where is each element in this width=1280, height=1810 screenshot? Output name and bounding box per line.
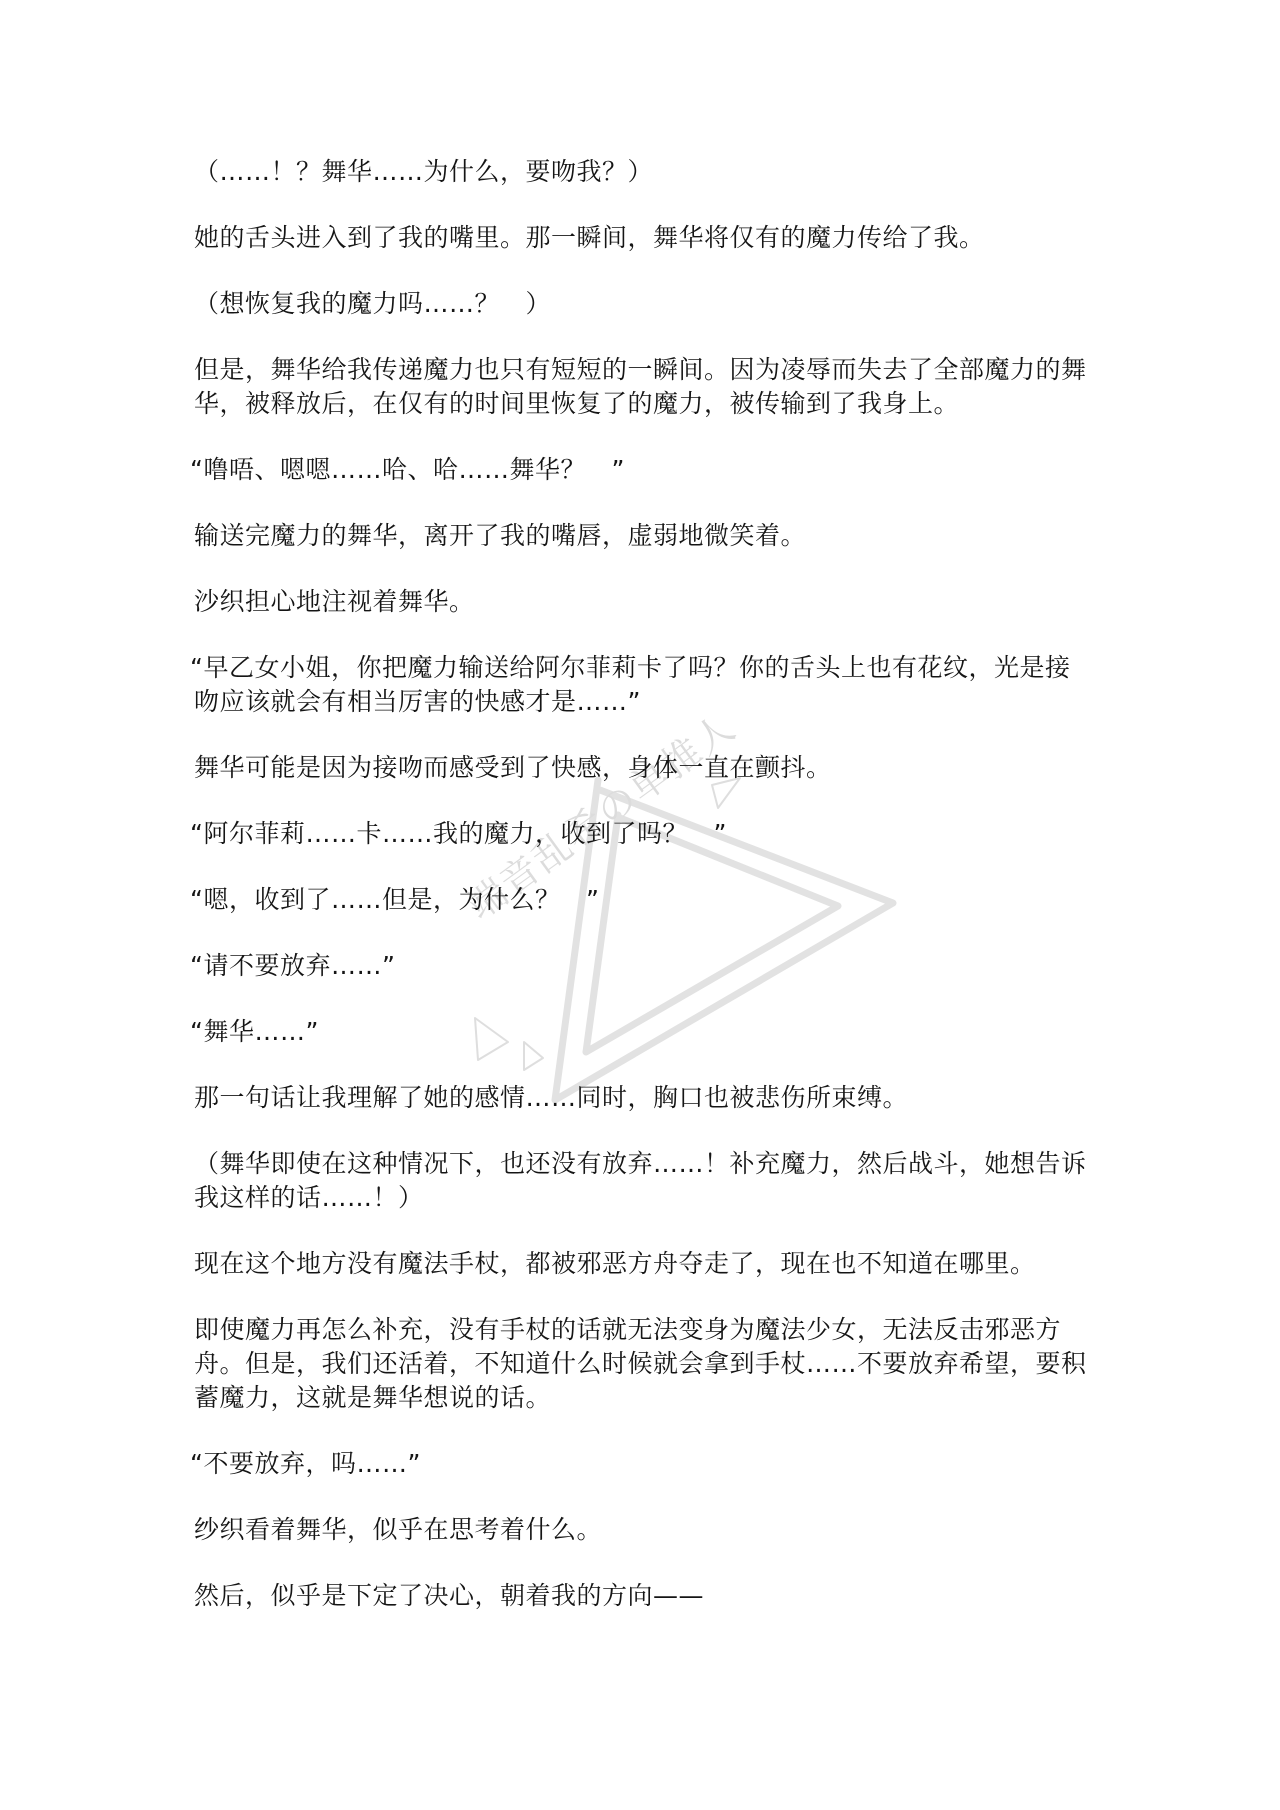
paragraph-narration: 沙织担心地注视着舞华。 (194, 585, 1089, 619)
paragraph-dialogue: “早乙女小姐，你把魔力输送给阿尔菲莉卡了吗？你的舌头上也有花纹，光是接吻应该就会… (194, 651, 1089, 719)
paragraph-narration: 现在这个地方没有魔法手杖，都被邪恶方舟夺走了，现在也不知道在哪里。 (194, 1247, 1089, 1281)
paragraph-thought: （舞华即使在这种情况下，也还没有放弃……！补充魔力，然后战斗，她想告诉我这样的话… (194, 1147, 1089, 1215)
paragraph-dialogue: “不要放弃，吗……” (194, 1447, 1089, 1481)
paragraph-narration: 即使魔力再怎么补充，没有手杖的话就无法变身为魔法少女，无法反击邪恶方舟。但是，我… (194, 1313, 1089, 1415)
paragraph-narration: 那一句话让我理解了她的感情……同时，胸口也被悲伤所束缚。 (194, 1081, 1089, 1115)
paragraph-narration: 舞华可能是因为接吻而感受到了快感，身体一直在颤抖。 (194, 751, 1089, 785)
story-text-column: （……！？舞华……为什么，要吻我？） 她的舌头进入到了我的嘴里。那一瞬间，舞华将… (194, 155, 1089, 1645)
paragraph-narration: 纱织看着舞华，似乎在思考着什么。 (194, 1513, 1089, 1547)
paragraph-dialogue: “请不要放弃……” (194, 949, 1089, 983)
paragraph-dialogue: “舞华……” (194, 1015, 1089, 1049)
paragraph-thought: （……！？舞华……为什么，要吻我？） (194, 155, 1089, 189)
paragraph-dialogue: “阿尔菲莉……卡……我的魔力，收到了吗？ ” (194, 817, 1089, 851)
paragraph-narration: 输送完魔力的舞华，离开了我的嘴唇，虚弱地微笑着。 (194, 519, 1089, 553)
paragraph-narration: 她的舌头进入到了我的嘴里。那一瞬间，舞华将仅有的魔力传给了我。 (194, 221, 1089, 255)
document-page: 端音乱希の单推人 （……！？舞华……为什么，要吻我？） 她的舌头进入到了我的嘴里… (0, 0, 1280, 1810)
paragraph-narration: 然后，似乎是下定了决心，朝着我的方向—— (194, 1579, 1089, 1613)
paragraph-narration: 但是，舞华给我传递魔力也只有短短的一瞬间。因为凌辱而失去了全部魔力的舞华，被释放… (194, 353, 1089, 421)
paragraph-thought: （想恢复我的魔力吗……？ ） (194, 287, 1089, 321)
paragraph-dialogue: “噜唔、嗯嗯……哈、哈……舞华？ ” (194, 453, 1089, 487)
paragraph-dialogue: “嗯，收到了……但是，为什么？ ” (194, 883, 1089, 917)
